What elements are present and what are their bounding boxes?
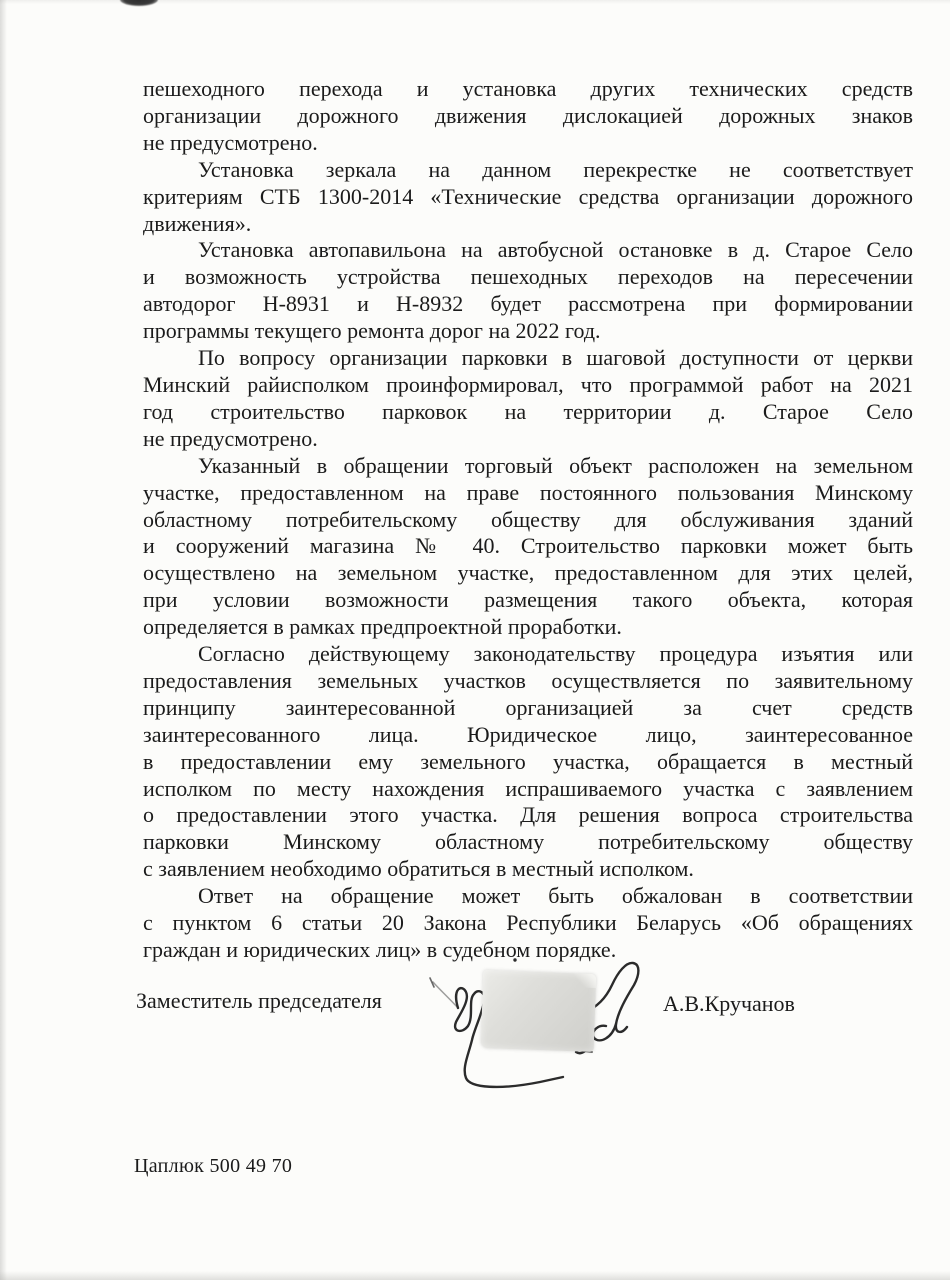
- text-line: Указанный в обращении торговый объект ра…: [143, 453, 913, 480]
- text-line: не предусмотрено.: [143, 130, 913, 157]
- text-line: движения».: [143, 211, 913, 238]
- letter-body: пешеходного перехода и установка других …: [143, 76, 913, 964]
- text-line: год строительство парковок на территории…: [143, 399, 913, 426]
- text-line: с пунктом 6 статьи 20 Закона Республики …: [143, 910, 913, 937]
- text-line: в предоставлении ему земельного участка,…: [143, 749, 913, 776]
- text-line: Установка зеркала на данном перекрестке …: [143, 157, 913, 184]
- executor-contact: Цаплюк 500 49 70: [134, 1155, 292, 1178]
- text-line: Согласно действующему законодательству п…: [143, 641, 913, 668]
- text-line: с заявлением необходимо обратиться в мес…: [143, 856, 913, 883]
- text-line: о предоставлении этого участка. Для реше…: [143, 802, 913, 829]
- scan-artifact-smudge: [120, 0, 158, 6]
- scan-edge-bottom: [0, 1271, 950, 1280]
- signature-role-label: Заместитель председателя: [136, 988, 382, 1014]
- signature-name: А.В.Кручанов: [663, 991, 795, 1017]
- scan-edge-left: [0, 0, 7, 1280]
- text-line: Ответ на обращение может быть обжалован …: [143, 883, 913, 910]
- text-line: Установка автопавильона на автобусной ос…: [143, 237, 913, 264]
- text-line: определяется в рамках предпроектной прор…: [143, 614, 913, 641]
- text-line: пешеходного перехода и установка других …: [143, 76, 913, 103]
- text-line: не предусмотрено.: [143, 426, 913, 453]
- sticker-overlay: [481, 970, 597, 1052]
- text-line: программы текущего ремонта дорог на 2022…: [143, 318, 913, 345]
- scanned-letter-page: пешеходного перехода и установка других …: [0, 0, 950, 1280]
- text-line: при условии возможности размещения таког…: [143, 587, 913, 614]
- signature-area: [420, 935, 660, 1100]
- text-line: критериям СТБ 1300-2014 «Технические сре…: [143, 184, 913, 211]
- text-line: заинтересованного лица. Юридическое лицо…: [143, 722, 913, 749]
- text-line: По вопросу организации парковки в шагово…: [143, 345, 913, 372]
- text-line: Минский райисполком проинформировал, что…: [143, 372, 913, 399]
- text-line: участке, предоставленном на праве постоя…: [143, 480, 913, 507]
- text-line: осуществлено на земельном участке, предо…: [143, 560, 913, 587]
- text-line: областному потребительскому обществу для…: [143, 507, 913, 534]
- text-line: организации дорожного движения дислокаци…: [143, 103, 913, 130]
- text-line: парковки Минскому областному потребитель…: [143, 829, 913, 856]
- text-line: предоставления земельных участков осущес…: [143, 668, 913, 695]
- text-line: автодорог Н-8931 и Н-8932 будет рассмотр…: [143, 291, 913, 318]
- text-line: принципу заинтересованной организацией з…: [143, 695, 913, 722]
- text-line: и возможность устройства пешеходных пере…: [143, 264, 913, 291]
- text-line: исполком по месту нахождения испрашиваем…: [143, 776, 913, 803]
- text-line: и сооружений магазина № 40. Строительств…: [143, 533, 913, 560]
